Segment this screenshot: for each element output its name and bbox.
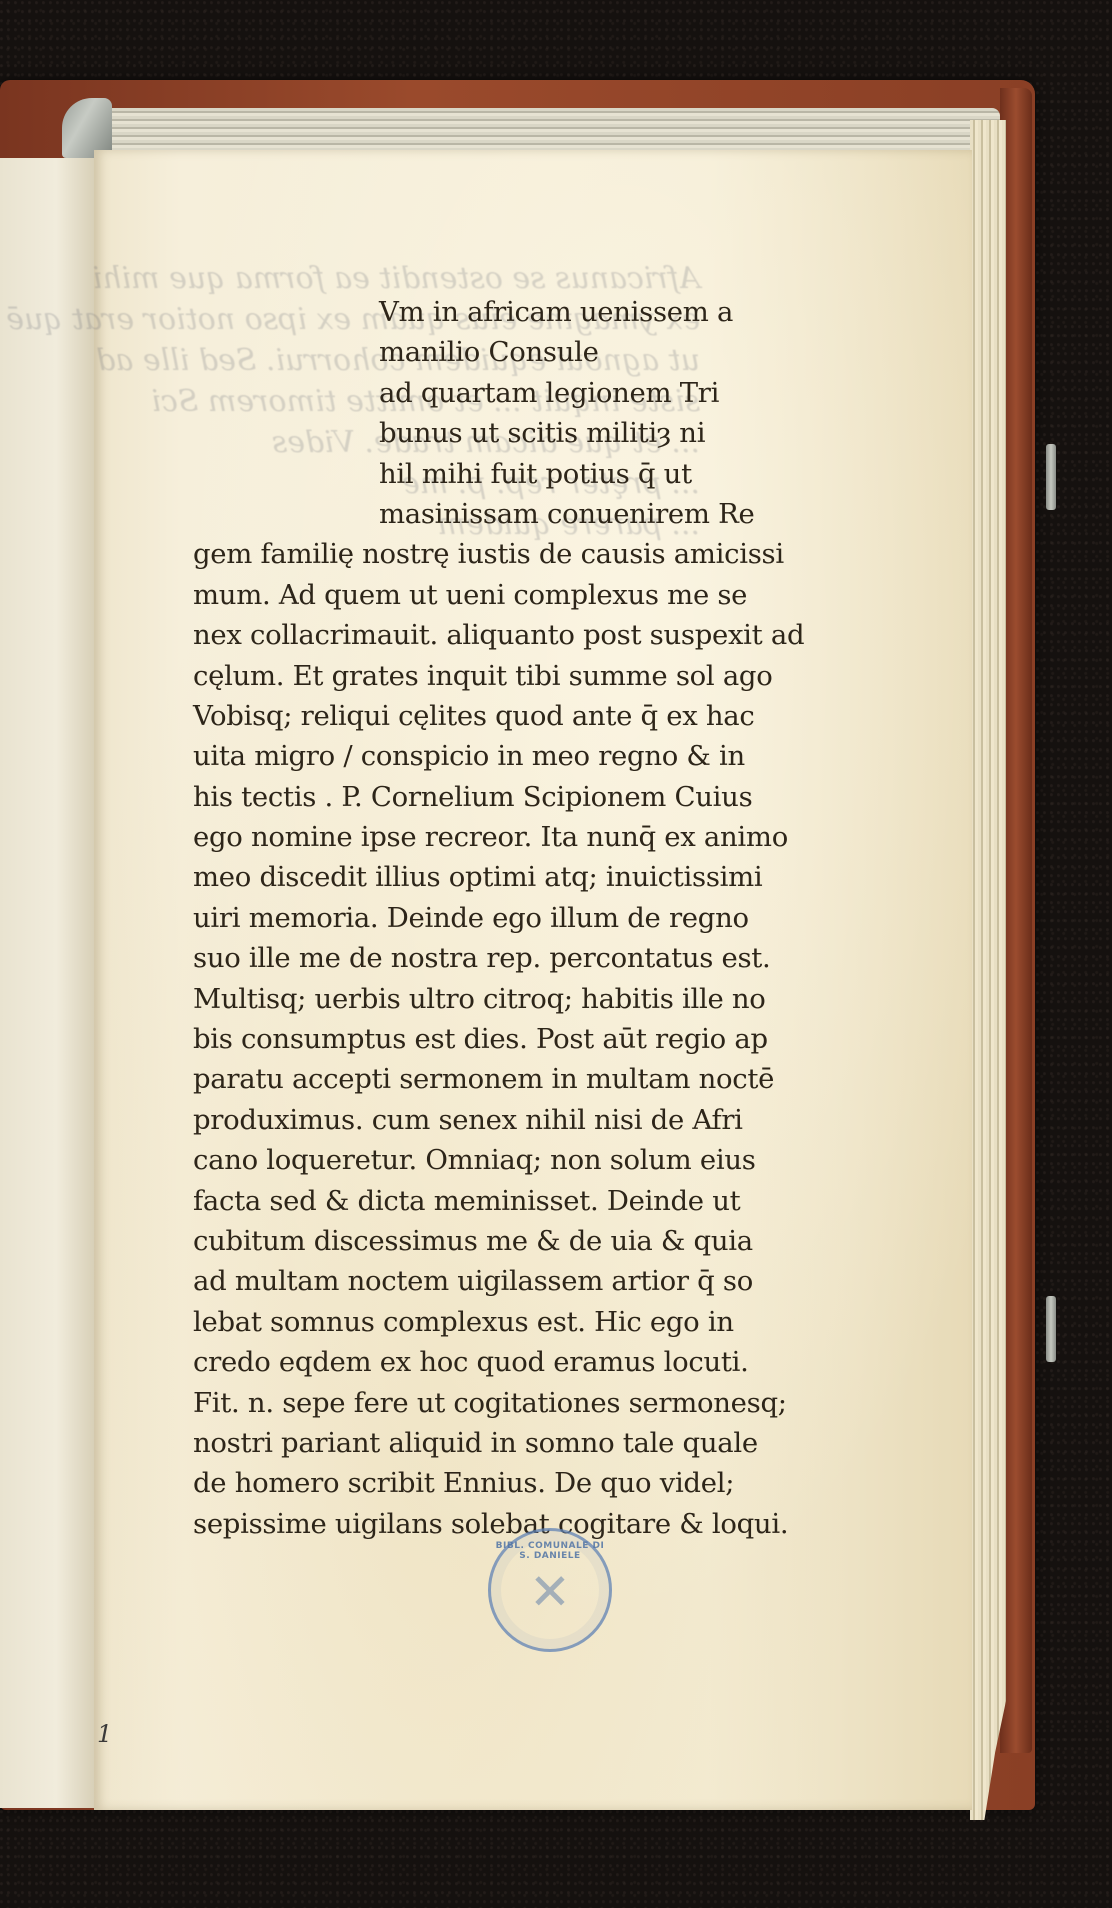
manuscript-line: ad quartam legionem Tri [193,373,703,413]
manuscript-line: paratu accepti sermonem in multam noctē [193,1059,703,1099]
manuscript-line: Fit. n. sepe fere ut cogitationes sermon… [193,1383,703,1423]
manuscript-line: nostri pariant aliquid in somno tale qua… [193,1423,703,1463]
manuscript-line: mum. Ad quem ut ueni complexus me se [193,575,703,615]
stamp-text: BIBL. COMUNALE DI S. DANIELE [491,1541,609,1561]
manuscript-text-block: Vm in africam uenissem amanilio Consulea… [193,292,703,1544]
manuscript-line: his tectis . P. Cornelium Scipionem Cuiu… [193,777,703,817]
headband [62,98,112,158]
manuscript-line: credo eqdem ex hoc quod eramus locuti. [193,1342,703,1382]
manuscript-line: facta sed & dicta meminisset. Deinde ut [193,1181,703,1221]
manuscript-line: cęlum. Et grates inquit tibi summe sol a… [193,656,703,696]
manuscript-line: Vm in africam uenissem a [193,292,703,332]
manuscript-line: uita migro / conspicio in meo regno & in [193,736,703,776]
manuscript-line: nex collacrimauit. aliquanto post suspex… [193,615,703,655]
manuscript-line: lebat somnus complexus est. Hic ego in [193,1302,703,1342]
manuscript-line: sepissime uigilans solebat cogitare & lo… [193,1504,703,1544]
manuscript-line: masinissam conuenirem Re [193,494,703,534]
manuscript-line: Multisq; uerbis ultro citroq; habitis il… [193,979,703,1019]
manuscript-line: manilio Consule [193,332,703,372]
manuscript-line: hil mihi fuit potius q̄ ut [193,454,703,494]
manuscript-line: cubitum discessimus me & de uia & quia [193,1221,703,1261]
manuscript-line: meo discedit illius optimi atq; inuictis… [193,857,703,897]
manuscript-line: suo ille me de nostra rep. percontatus e… [193,938,703,978]
manuscript-line: uiri memoria. Deinde ego illum de regno [193,898,703,938]
stamp-emblem-icon: ✕ [521,1563,579,1621]
clasp-upper [1046,444,1056,510]
manuscript-line: ad multam noctem uigilassem artior q̄ so [193,1261,703,1301]
manuscript-line: ego nomine ipse recreor. Ita nunq̄ ex an… [193,817,703,857]
manuscript-line: bunus ut scitis militiȝ ni [193,413,703,453]
clasp-lower [1046,1296,1056,1362]
manuscript-line: produximus. cum senex nihil nisi de Afri [193,1100,703,1140]
manuscript-line: cano loqueretur. Omniaq; non solum eius [193,1140,703,1180]
manuscript-line: gem familię nostrę iustis de causis amic… [193,534,703,574]
manuscript-line: Vobisq; reliqui cęlites quod ante q̄ ex … [193,696,703,736]
page-edges-right [970,120,1006,1820]
facing-page-edge [0,158,96,1808]
page-edges-top [88,108,1000,152]
manuscript-line: de homero scribit Ennius. De quo videl; [193,1463,703,1503]
library-stamp: BIBL. COMUNALE DI S. DANIELE ✕ [488,1528,612,1652]
folio-number: 1 [97,1720,112,1748]
manuscript-line: bis consumptus est dies. Post aūt regio … [193,1019,703,1059]
